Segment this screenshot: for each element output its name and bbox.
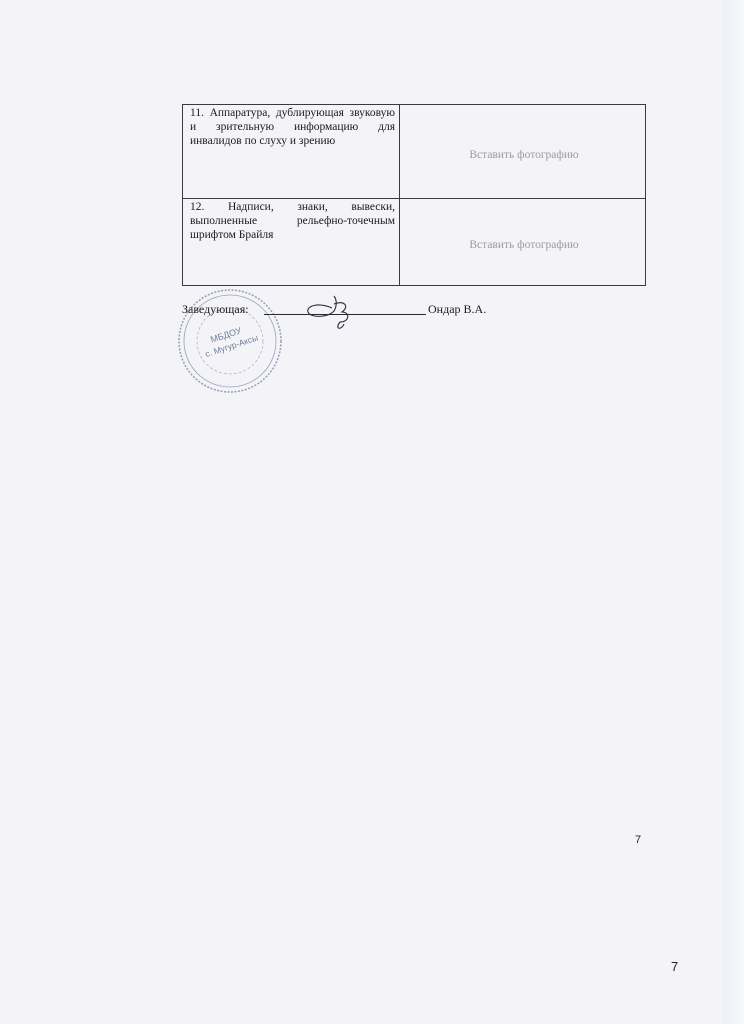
row-12-line-3: шрифтом Брайля: [190, 228, 395, 242]
row-12-line-1: 12. Надписи, знаки, вывески,: [190, 200, 395, 214]
row-11-line-2: и зрительную информацию для: [190, 120, 395, 134]
row-12-line-2: выполненные рельефно-точечным: [190, 214, 395, 228]
accessibility-equipment-table: 11. Аппаратура, дублирующая звуковую и з…: [182, 104, 646, 286]
table-row: 11. Аппаратура, дублирующая звуковую и з…: [183, 105, 646, 199]
row-11-line-3: инвалидов по слуху и зрению: [190, 134, 395, 148]
page-number-outer: 7: [671, 959, 678, 974]
row-11-line-1: 11. Аппаратура, дублирующая звуковую: [190, 106, 395, 120]
page-number-inner: 7: [635, 834, 641, 846]
position-label: Заведующая:: [182, 302, 249, 317]
handwritten-signature-icon: [304, 292, 364, 332]
director-name: Ондар В.А.: [428, 302, 486, 317]
row-12-photo-placeholder: Вставить фотографию: [400, 199, 646, 286]
row-11-label: 11. Аппаратура, дублирующая звуковую и з…: [183, 105, 400, 199]
page-edge-shadow: [722, 0, 744, 1024]
row-12-label: 12. Надписи, знаки, вывески, выполненные…: [183, 199, 400, 286]
svg-text:· · · · · · · · · · ·: · · · · · · · · · · ·: [206, 296, 232, 301]
svg-text:· · · · · · · · · · · · ·: · · · · · · · · · · · · ·: [198, 382, 229, 387]
table-row: 12. Надписи, знаки, вывески, выполненные…: [183, 199, 646, 286]
row-11-photo-placeholder: Вставить фотографию: [400, 105, 646, 199]
